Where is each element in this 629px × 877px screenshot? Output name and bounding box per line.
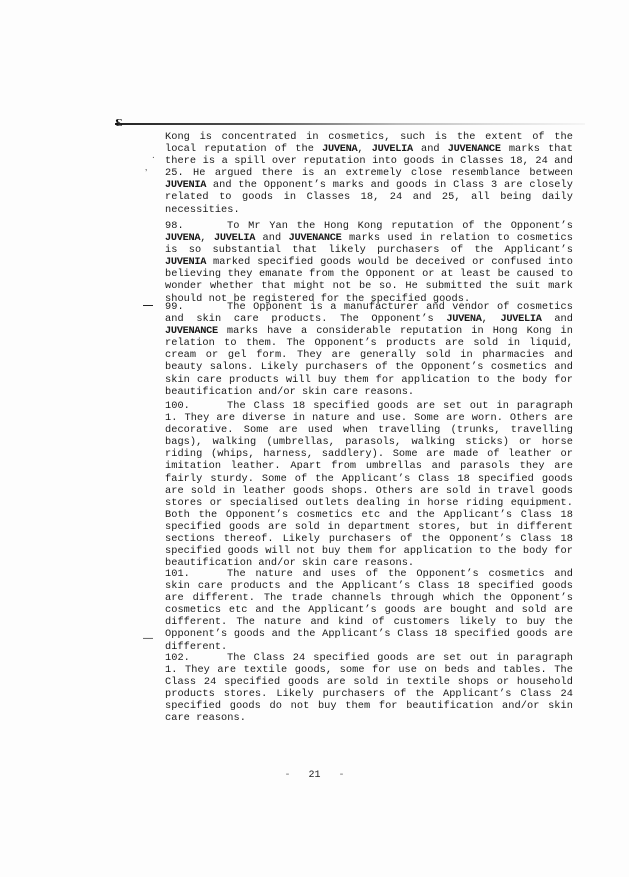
paragraph-number: 98. xyxy=(165,220,227,232)
trademark-name: JUVENA xyxy=(322,143,357,155)
paragraph-continuation: Kong is concentrated in cosmetics, such … xyxy=(165,131,573,216)
text-run: marks have a considerable reputation in … xyxy=(165,325,573,397)
top-rule-divider xyxy=(115,123,585,125)
trademark-name: JUVENANCE xyxy=(448,143,501,155)
text-run: The nature and uses of the Opponent’s co… xyxy=(165,568,573,653)
trademark-name: JUVENANCE xyxy=(165,325,218,337)
trademark-name: JUVELIA xyxy=(372,143,413,155)
paragraph-101: 101.The nature and uses of the Opponent’… xyxy=(165,568,573,653)
trademark-name: JUVENA xyxy=(165,232,200,244)
text-run: , xyxy=(200,232,214,244)
page-dash-right: - xyxy=(339,770,345,781)
trademark-name: JUVELIA xyxy=(214,232,255,244)
page-dash-left: - xyxy=(284,770,290,781)
margin-mark: . xyxy=(152,150,155,161)
margin-mark: — xyxy=(143,633,153,644)
paragraph-number: 99. xyxy=(165,301,227,313)
paragraph-number: 102. xyxy=(165,652,227,664)
page-number-footer: - 21 - xyxy=(0,770,629,781)
text-run: The Class 24 specified goods are set out… xyxy=(165,652,573,724)
paragraph-number: 100. xyxy=(165,400,227,412)
text-run: To Mr Yan the Hong Kong reputation of th… xyxy=(227,220,573,232)
trademark-name: JUVENANCE xyxy=(289,232,342,244)
text-run: and xyxy=(413,143,448,155)
paragraph-102: 102.The Class 24 specified goods are set… xyxy=(165,652,573,725)
trademark-name: JUVELIA xyxy=(501,313,542,325)
text-run: and xyxy=(255,232,289,244)
text-run: , xyxy=(482,313,501,325)
trademark-name: JUVENIA xyxy=(165,256,206,268)
text-run: and the Opponent’s marks and goods in Cl… xyxy=(165,179,573,215)
paragraph-99: 99.The Opponent is a manufacturer and ve… xyxy=(165,301,573,398)
text-run: The Class 18 specified goods are set out… xyxy=(165,400,573,569)
handwritten-mark: Ɛ xyxy=(115,118,122,129)
margin-mark: — xyxy=(143,300,153,311)
paragraph-100: 100.The Class 18 specified goods are set… xyxy=(165,400,573,569)
text-run: marked specified goods would be deceived… xyxy=(165,256,573,304)
trademark-name: JUVENA xyxy=(446,313,481,325)
document-page: Ɛ . ’ — — Kong is concentrated in cosmet… xyxy=(0,0,629,877)
paragraph-number: 101. xyxy=(165,568,227,580)
trademark-name: JUVENIA xyxy=(165,179,206,191)
text-run: , xyxy=(357,143,371,155)
margin-mark: ’ xyxy=(145,168,147,179)
paragraph-98: 98.To Mr Yan the Hong Kong reputation of… xyxy=(165,220,573,305)
text-run: and xyxy=(542,313,573,325)
page-number: 21 xyxy=(308,770,320,781)
